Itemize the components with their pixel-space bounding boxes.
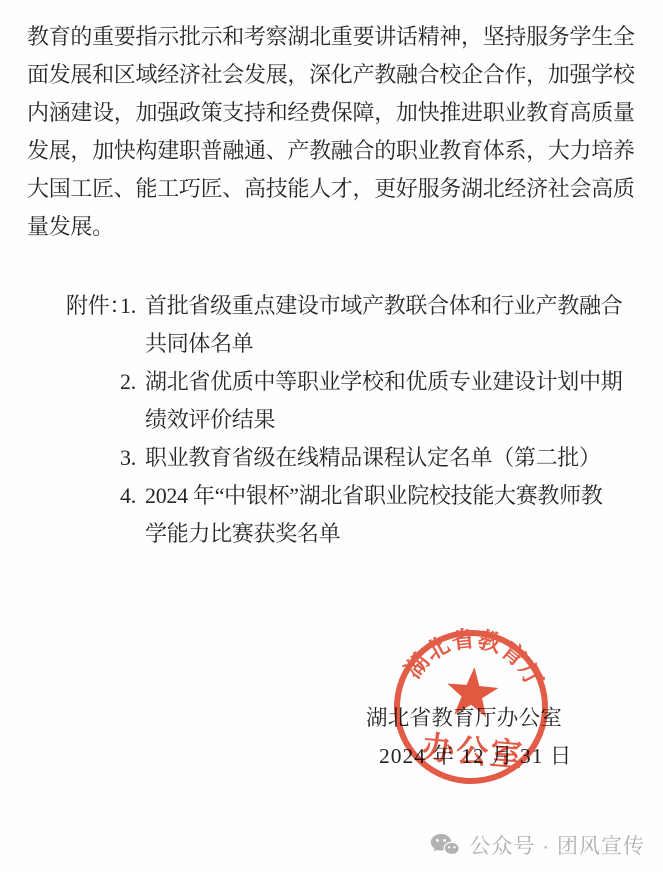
body-line: 大国工匠、能工巧匠、高技能人才，更好服务湖北经济社会高质 — [27, 170, 663, 208]
attachment-item-number: 4. — [120, 477, 145, 553]
attachment-item-text: 2024 年“中银杯”湖北省职业院校技能大赛教师教 — [145, 477, 663, 515]
attachment-label: 附件： — [66, 287, 120, 553]
body-line: 内涵建设，加强政策支持和经费保障，加快推进职业教育高质量 — [27, 94, 663, 132]
attachment-item-number: 2. — [120, 363, 145, 439]
attachment-item-text: 学能力比赛获奖名单 — [145, 515, 663, 553]
document-page: 教育的重要指示批示和考察湖北重要讲话精神，坚持服务学生全 面发展和区域经济社会发… — [0, 0, 663, 872]
attachment-item: 4. 2024 年“中银杯”湖北省职业院校技能大赛教师教 学能力比赛获奖名单 — [120, 477, 663, 553]
attachment-item-text: 湖北省优质中等职业学校和优质专业建设计划中期 — [145, 363, 663, 401]
body-line: 量发展。 — [27, 208, 663, 246]
attachment-items: 1. 首批省级重点建设市域产教联合体和行业产教融合 共同体名单 2. 湖北省优质… — [120, 287, 663, 553]
wechat-icon — [430, 833, 460, 857]
attachment-item: 3. 职业教育省级在线精品课程认定名单（第二批） — [120, 439, 663, 477]
seal-star-icon — [445, 665, 500, 718]
seal-bottom-text: 办公室 — [421, 729, 526, 774]
official-seal: 湖北省教育厅 办公室 — [384, 619, 558, 794]
body-line: 面发展和区域经济社会发展，深化产教融合校企合作，加强学校 — [27, 56, 663, 94]
attachment-item-number: 1. — [120, 287, 145, 363]
attachment-item-text: 职业教育省级在线精品课程认定名单（第二批） — [145, 439, 663, 477]
attachment-section: 附件： 1. 首批省级重点建设市域产教联合体和行业产教融合 共同体名单 2. 湖… — [66, 287, 663, 553]
footer-label: 公众号 · 团风宣传 — [469, 830, 645, 860]
attachment-item-text: 首批省级重点建设市域产教联合体和行业产教融合 — [145, 287, 663, 325]
attachment-item-text: 共同体名单 — [145, 325, 663, 363]
body-line: 发展，加快构建职普融通、产教融合的职业教育体系，大力培养 — [27, 132, 663, 170]
attachment-item-number: 3. — [120, 439, 145, 477]
attachment-item-text: 绩效评价结果 — [145, 401, 663, 439]
attachment-item: 1. 首批省级重点建设市域产教联合体和行业产教融合 共同体名单 — [120, 287, 663, 363]
attachment-item: 2. 湖北省优质中等职业学校和优质专业建设计划中期 绩效评价结果 — [120, 363, 663, 439]
body-line: 教育的重要指示批示和考察湖北重要讲话精神，坚持服务学生全 — [27, 18, 663, 56]
body-paragraph: 教育的重要指示批示和考察湖北重要讲话精神，坚持服务学生全 面发展和区域经济社会发… — [27, 18, 663, 246]
footer-watermark: 公众号 · 团风宣传 — [430, 830, 645, 860]
